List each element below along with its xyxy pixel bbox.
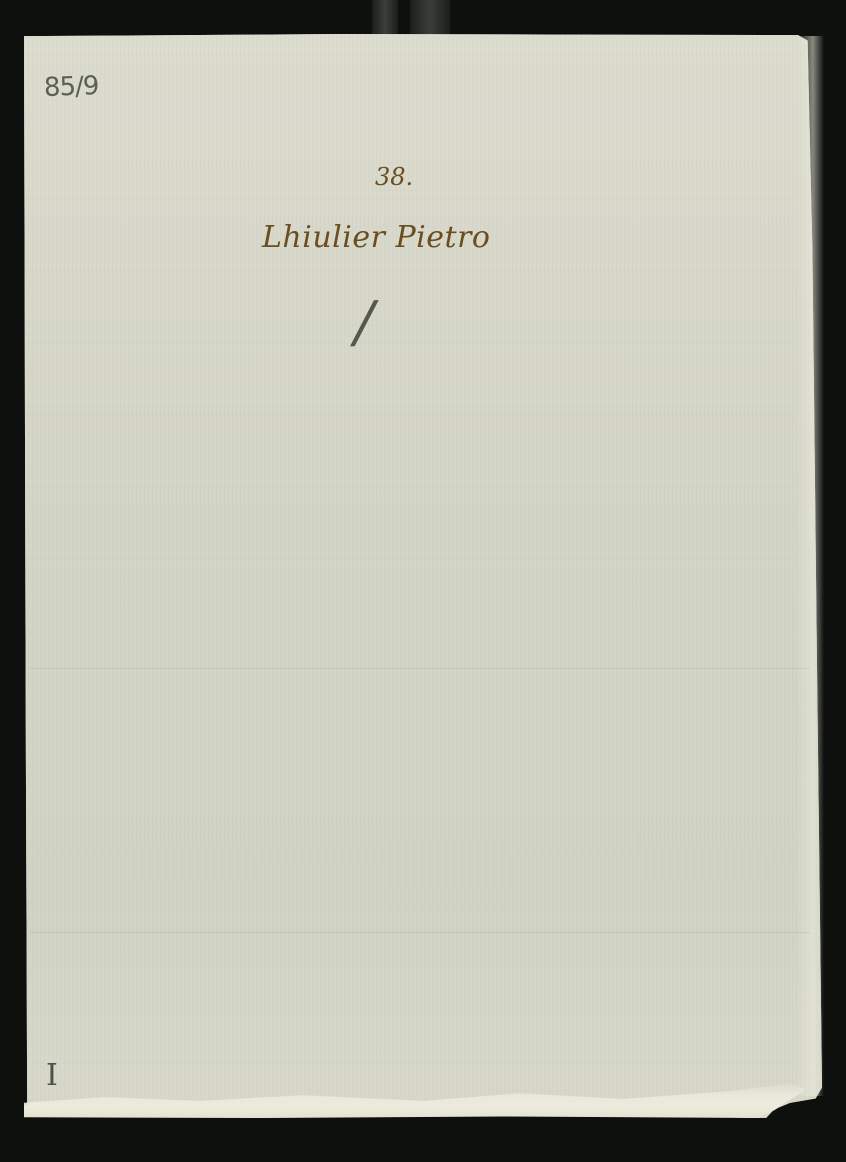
paper-crease — [30, 932, 810, 933]
item-number: 38. — [375, 163, 413, 191]
person-name: Lhiulier Pietro — [262, 220, 490, 255]
paper-sheet — [24, 34, 822, 1118]
binding-strip — [372, 0, 398, 40]
paper-crease — [30, 668, 810, 669]
roman-numeral-mark: I — [46, 1058, 58, 1093]
archive-reference-number: 85/9 — [43, 71, 98, 103]
binding-strip — [410, 0, 450, 40]
